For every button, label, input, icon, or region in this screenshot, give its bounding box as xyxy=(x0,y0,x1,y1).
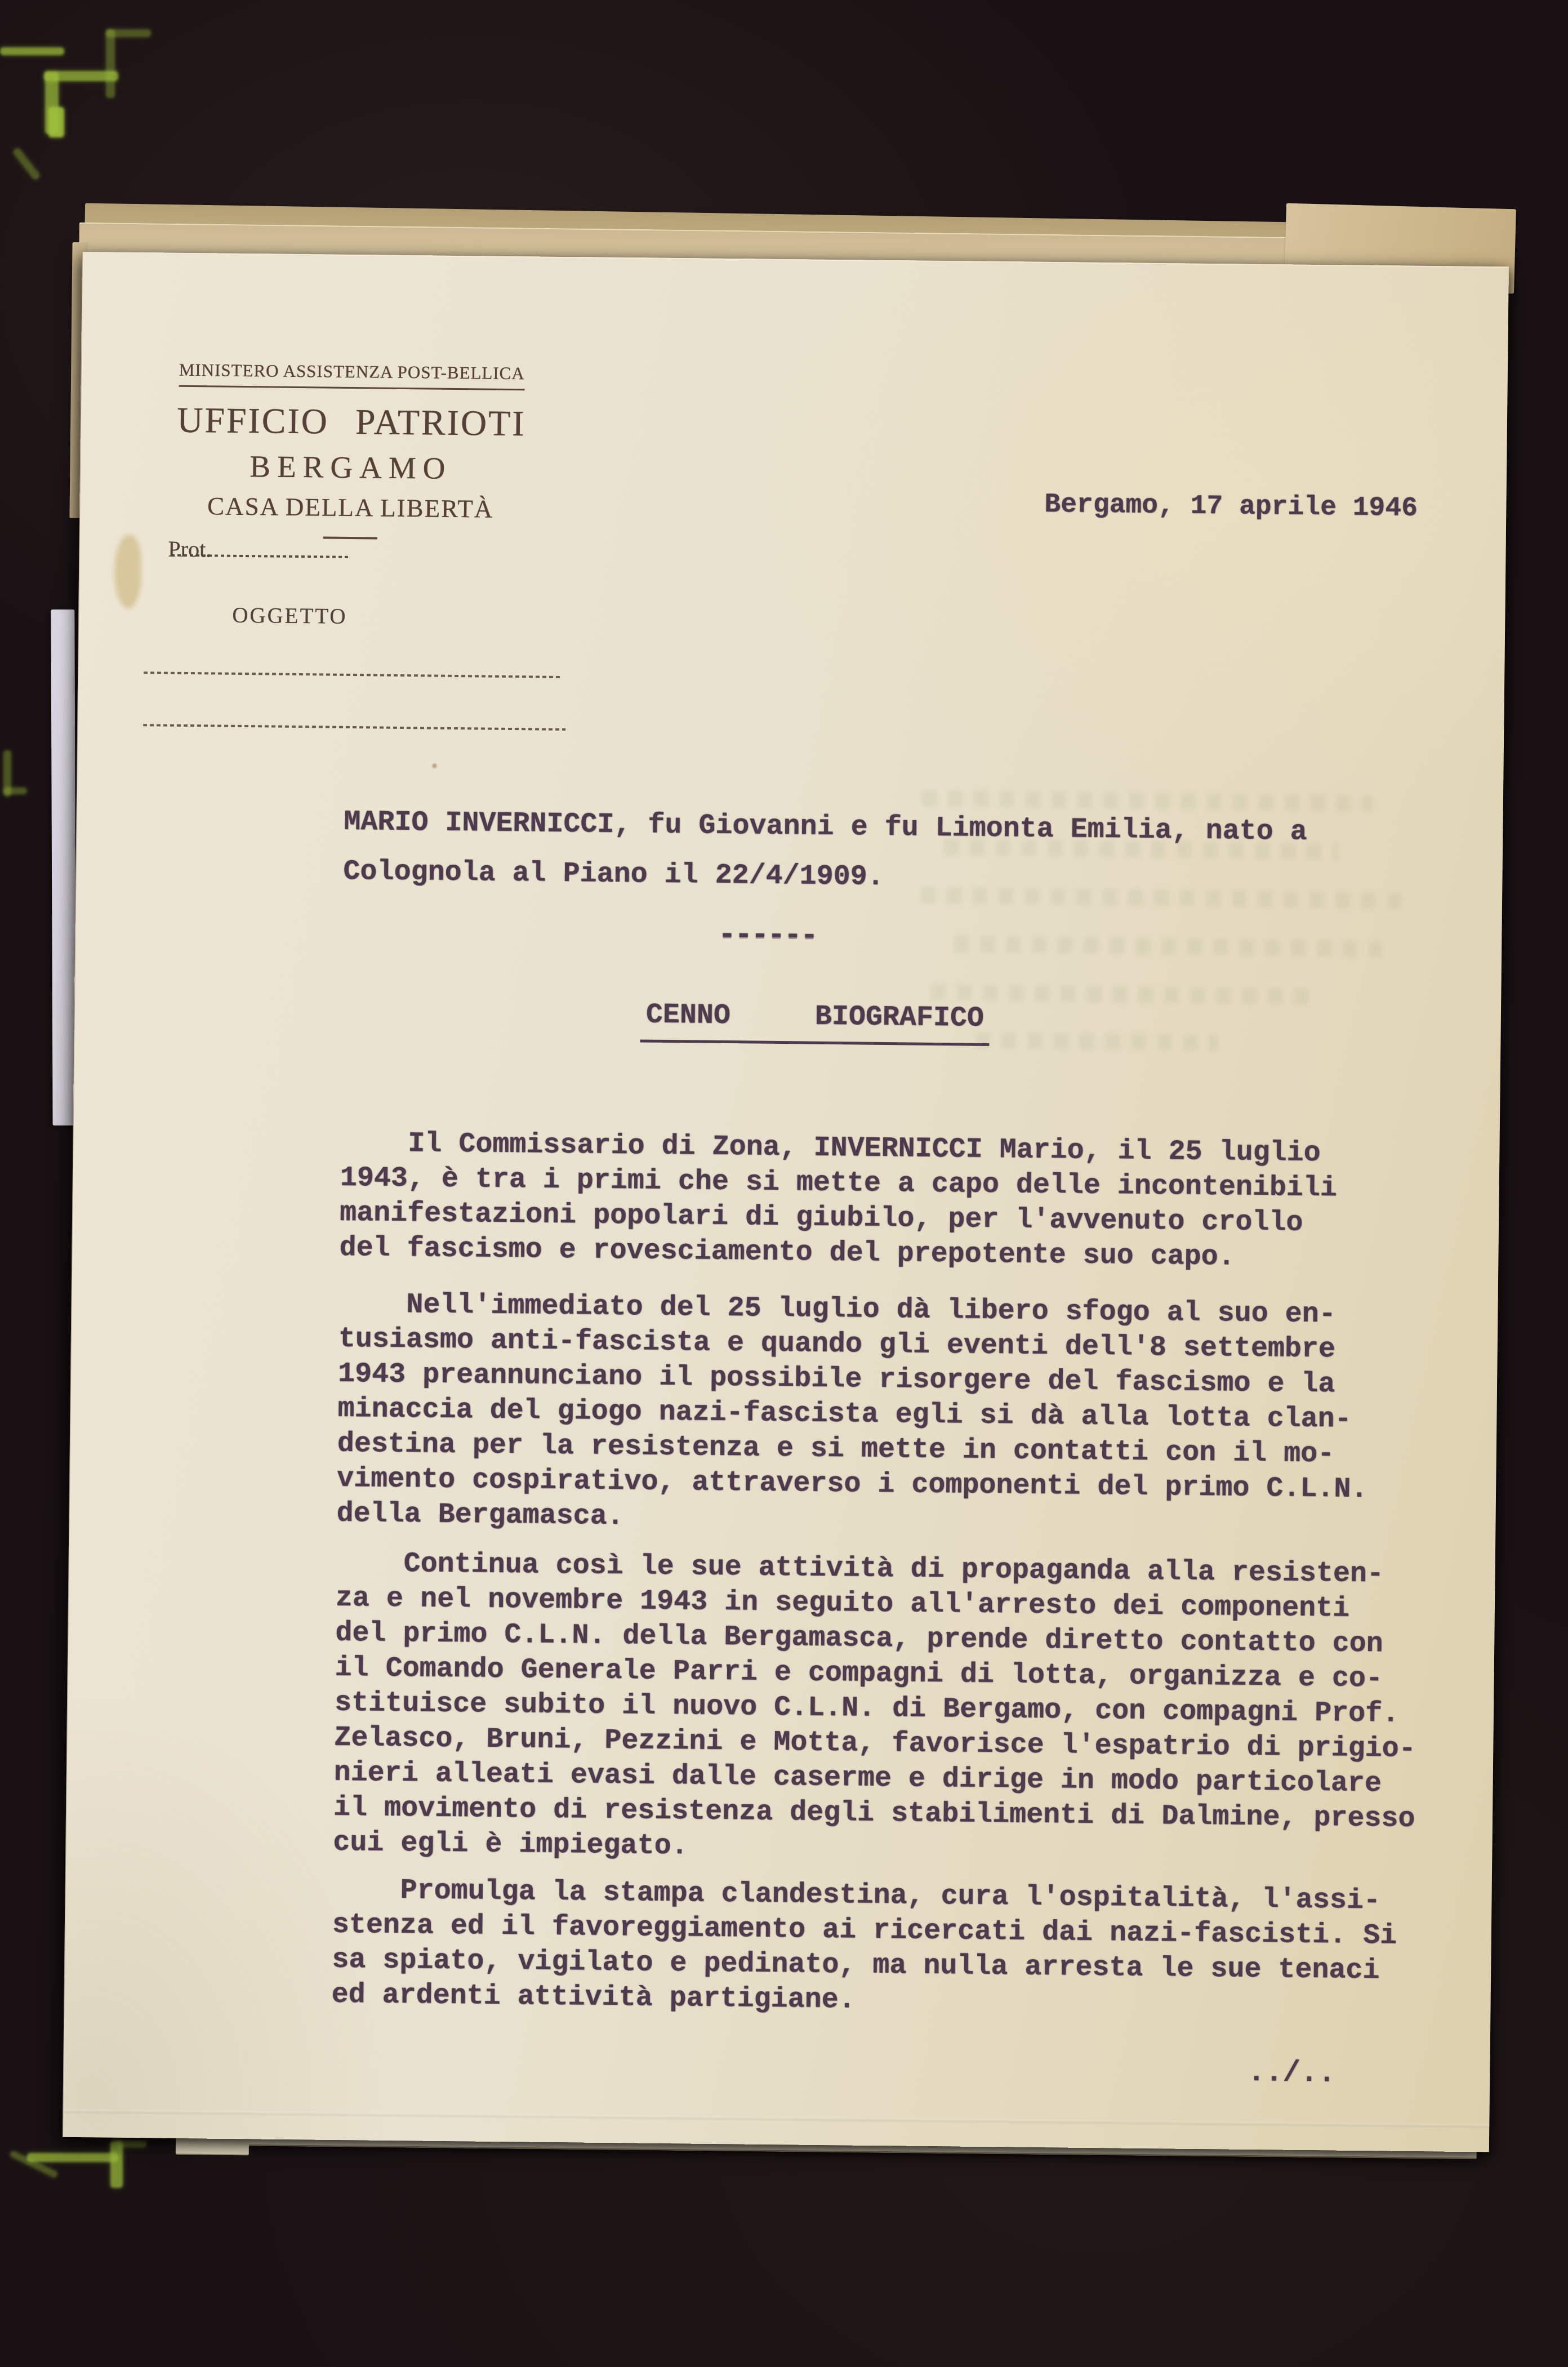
bleedthrough-text xyxy=(975,1031,1218,1051)
letterhead-office: UFFICIO PATRIOTI xyxy=(81,398,622,446)
date-line: Bergamo, 17 aprile 1946 xyxy=(1044,487,1418,526)
identity-block: MARIO INVERNICCI, fu Giovanni e fu Limon… xyxy=(343,798,1307,907)
paper-stain xyxy=(114,535,141,608)
highlighter-mark xyxy=(12,147,41,181)
protocol-field: Prot. xyxy=(168,536,350,564)
heading-word: CENNO xyxy=(646,998,731,1034)
highlighter-mark xyxy=(110,2141,123,2188)
heading-word: BIOGRAFICO xyxy=(815,1000,985,1036)
letterhead-city: BERGAMO xyxy=(81,447,622,488)
subject-blank-line xyxy=(143,724,565,731)
body-paragraph: Il Commissario di Zona, INVERNICCI Mario… xyxy=(339,1126,1338,1276)
stacked-page-sliver xyxy=(51,609,76,1125)
protocol-label: Prot. xyxy=(168,536,211,563)
bleedthrough-text xyxy=(954,936,1382,958)
highlighter-mark xyxy=(0,47,64,55)
highlighter-mark xyxy=(48,107,64,137)
paper-crease xyxy=(63,2110,1489,2128)
dash-separator: ------ xyxy=(718,918,817,954)
letterhead: MINISTERO ASSISTENZA POST-BELLICA UFFICI… xyxy=(80,359,622,545)
body-paragraph: Promulga la stampa clandestina, cura l'o… xyxy=(331,1873,1397,2024)
body-paragraph: Nell'immediato del 25 luglio dà libero s… xyxy=(336,1287,1370,1542)
highlighter-mark xyxy=(116,2141,146,2147)
highlighter-mark xyxy=(3,787,27,794)
highlighter-mark xyxy=(27,2153,118,2162)
letterhead-ministry: MINISTERO ASSISTENZA POST-BELLICA xyxy=(179,360,525,390)
highlighter-mark xyxy=(106,29,115,98)
continuation-mark: ../.. xyxy=(1248,2055,1336,2092)
document-page: MINISTERO ASSISTENZA POST-BELLICA UFFICI… xyxy=(63,252,1509,2152)
body-paragraph: Continua così le sue attività di propaga… xyxy=(333,1546,1418,1872)
scan-background: MINISTERO ASSISTENZA POST-BELLICA UFFICI… xyxy=(0,0,1568,2367)
section-heading: CENNO BIOGRAFICO xyxy=(640,998,990,1045)
subject-blank-line xyxy=(144,671,560,678)
paper-speck xyxy=(432,764,436,768)
subject-label: OGGETTO xyxy=(232,603,348,629)
